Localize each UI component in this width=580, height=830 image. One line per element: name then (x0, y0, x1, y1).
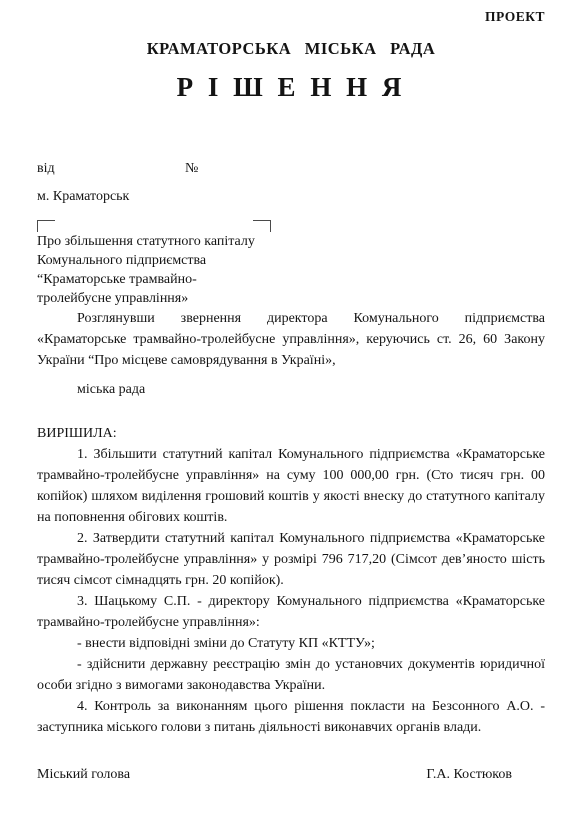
resolution-item-2: 2. Затвердити статутний капітал Комуналь… (37, 528, 545, 591)
address-corner-marks (37, 220, 272, 232)
resolution-item-4: 4. Контроль за виконанням цього рішення … (37, 696, 545, 738)
resolution-item-1: 1. Збільшити статутний капітал Комунальн… (37, 444, 545, 528)
signatory-name: Г.А. Костюков (426, 764, 512, 785)
decided-label: ВИРІШИЛА: (37, 423, 545, 444)
resolution-item-3-sub-2: - здійснити державну реєстрацію змін до … (37, 654, 545, 696)
subject-block: Про збільшення статутного капіталу Комун… (37, 232, 302, 308)
document-page: ПРОЕКТ КРАМАТОРСЬКА МІСЬКА РАДА Р І Ш Е … (0, 0, 580, 830)
council-line: міська рада (37, 379, 545, 400)
city-line: м. Краматорськ (37, 186, 545, 207)
draft-label: ПРОЕКТ (37, 9, 545, 25)
organization-name: КРАМАТОРСЬКА МІСЬКА РАДА (37, 38, 545, 60)
date-label: від (37, 161, 55, 176)
signature-row: Міський голова Г.А. Костюков (37, 764, 545, 785)
signatory-title: Міський голова (37, 764, 130, 785)
date-number-row: від № (37, 158, 545, 179)
resolution-item-3-sub-1: - внести відповідні зміни до Статуту КП … (37, 633, 545, 654)
corner-mark-right (253, 220, 271, 232)
number-label: № (185, 158, 198, 179)
preamble-paragraph: Розглянувши звернення директора Комуналь… (37, 308, 545, 371)
document-type-title: Р І Ш Е Н Н Я (37, 72, 545, 102)
corner-mark-left (37, 220, 55, 232)
resolution-item-3: 3. Шацькому С.П. - директору Комунальног… (37, 591, 545, 633)
